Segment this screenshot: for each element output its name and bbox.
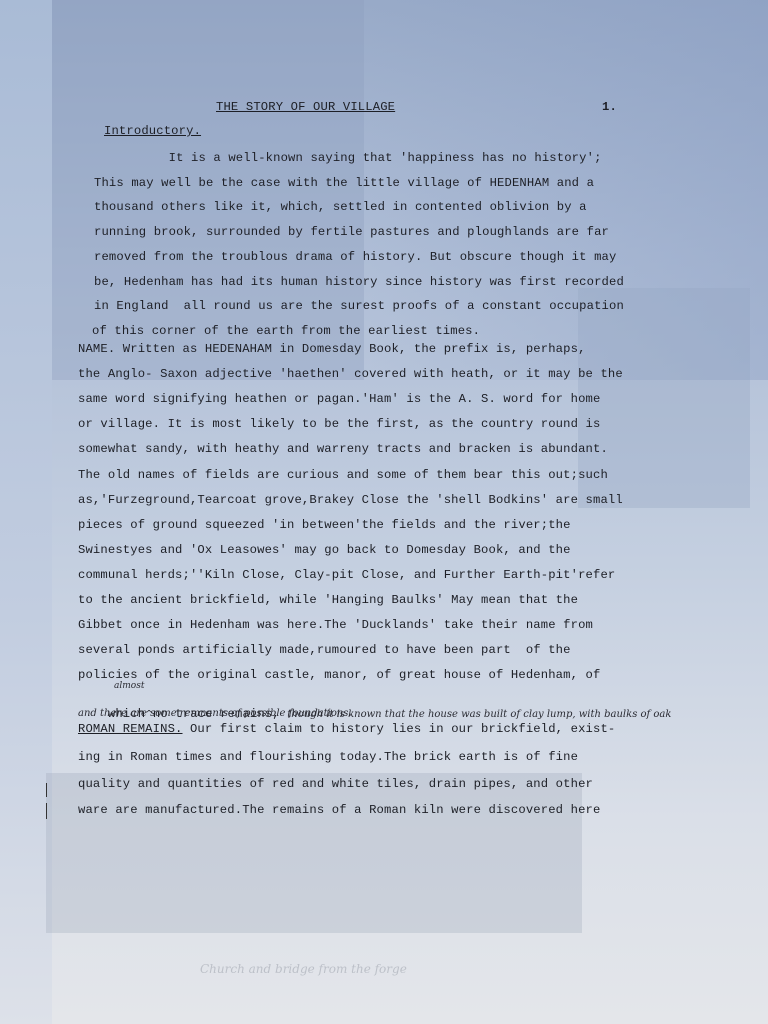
text-line: The old names of fields are curious and … bbox=[78, 468, 608, 482]
text-line: the Anglo- Saxon adjective 'haethen' cov… bbox=[78, 367, 623, 381]
text-line: ing in Roman times and flourishing today… bbox=[78, 750, 578, 764]
text-line: in England all round us are the surest p… bbox=[94, 299, 624, 313]
text-line: somewhat sandy, with heathy and warreny … bbox=[78, 442, 608, 456]
reverse-side-photo-showthrough-bottom bbox=[46, 773, 582, 933]
handwritten-note-line-2: and there are some remnants of possible … bbox=[78, 708, 352, 719]
showthrough-caption: Church and bridge from the forge bbox=[200, 962, 407, 976]
text-line: of this corner of the earth from the ear… bbox=[92, 324, 480, 338]
introductory-heading-text: Introductory. bbox=[104, 124, 201, 138]
roman-remains-text: Our first claim to history lies in our b… bbox=[183, 722, 616, 736]
roman-remains-heading: ROMAN REMAINS. bbox=[78, 722, 183, 736]
text-line: Swinestyes and 'Ox Leasowes' may go back… bbox=[78, 543, 571, 557]
text-line: thousand others like it, which, settled … bbox=[94, 200, 587, 214]
page-edge-shadow bbox=[0, 0, 52, 1024]
section-heading-introductory: Introductory. bbox=[104, 124, 201, 138]
text-line: as,'Furzeground,Tearcoat grove,Brakey Cl… bbox=[78, 493, 623, 507]
text-line: same word signifying heathen or pagan.'H… bbox=[78, 392, 600, 406]
text-line: several ponds artificially made,rumoured… bbox=[78, 643, 571, 657]
text-line: ware are manufactured.The remains of a R… bbox=[78, 803, 600, 817]
text-line: removed from the troublous drama of hist… bbox=[94, 250, 616, 264]
document-title: THE STORY OF OUR VILLAGE bbox=[216, 100, 395, 114]
handwritten-insert-almost: almost bbox=[114, 681, 144, 691]
text-line: This may well be the case with the littl… bbox=[94, 176, 594, 190]
text-line: or village. It is most likely to be the … bbox=[78, 417, 600, 431]
page-number: 1. bbox=[602, 100, 617, 114]
text-line: It is a well-known saying that 'happines… bbox=[94, 151, 602, 165]
text-line: be, Hedenham has had its human history s… bbox=[94, 275, 624, 289]
margin-mark bbox=[46, 783, 47, 797]
margin-mark bbox=[46, 803, 47, 819]
text-line: NAME. Written as HEDENAHAM in Domesday B… bbox=[78, 342, 586, 356]
text-line: communal herds;''Kiln Close, Clay-pit Cl… bbox=[78, 568, 615, 582]
text-line: pieces of ground squeezed 'in between'th… bbox=[78, 518, 571, 532]
text-line: quality and quantities of red and white … bbox=[78, 777, 593, 791]
text-line: policies of the original castle, manor, … bbox=[78, 668, 600, 682]
text-line: to the ancient brickfield, while 'Hangin… bbox=[78, 593, 578, 607]
roman-remains-first-line: ROMAN REMAINS. Our first claim to histor… bbox=[78, 722, 615, 736]
text-line: running brook, surrounded by fertile pas… bbox=[94, 225, 609, 239]
text-line: Gibbet once in Hedenham was here.The 'Du… bbox=[78, 618, 593, 632]
